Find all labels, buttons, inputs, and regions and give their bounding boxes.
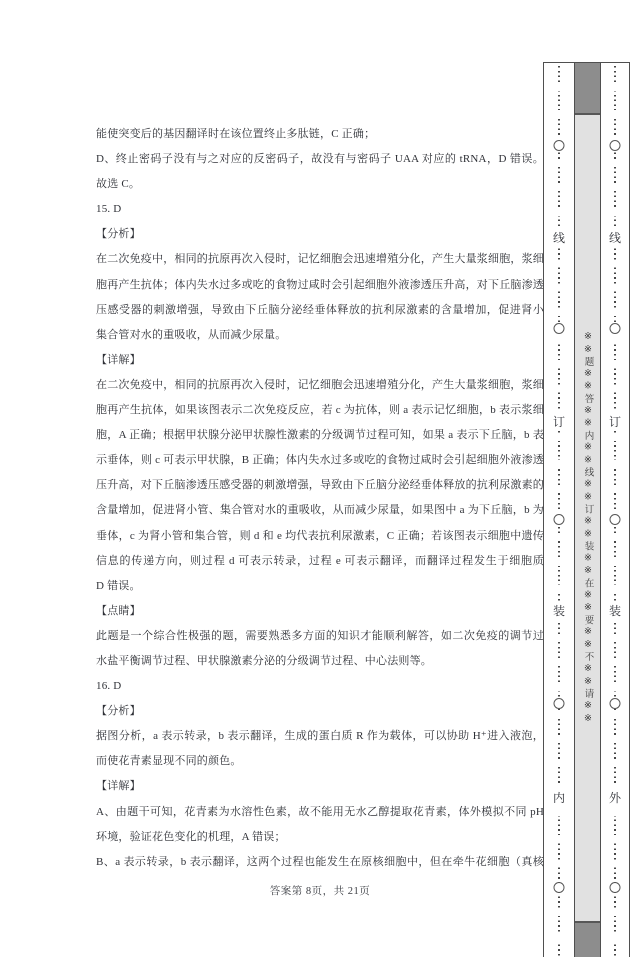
text-line: 【分析】: [96, 699, 544, 724]
text-line: 【详解】: [96, 348, 544, 373]
text-line: 此题是一个综合性极强的题，需要熟悉多方面的知识才能顺利解答，如二次免疫的调节过程…: [96, 624, 544, 649]
text-line: 环境，验证花色变化的机理，A 错误；: [96, 825, 544, 850]
text-line: 在二次免疫中，相同的抗原再次入侵时，记忆细胞会迅速增殖分化，产生大量浆细胞，浆细: [96, 247, 544, 272]
punch-circle-icon: [610, 140, 621, 151]
binding-warning-wrap: ※※题※※答※※内※※线※※订※※装※※在※※要※※不※※请※※: [575, 331, 600, 726]
binding-strip: ※※题※※答※※内※※线※※订※※装※※在※※要※※不※※请※※: [574, 63, 601, 957]
text-line: 垂体，c 为肾小管和集合管，则 d 和 e 均代表抗利尿激素，C 正确；若该图表…: [96, 524, 544, 549]
text-line: 据图分析，a 表示转录，b 表示翻译，生成的蛋白质 R 作为载体，可以协助 H⁺…: [96, 724, 544, 749]
punch-circle-icon: [610, 882, 621, 893]
punch-circle-icon: [554, 514, 565, 525]
page-footer: 答案第 8页，共 21页: [96, 883, 544, 898]
text-line: 示垂体，则 c 可表示甲状腺，B 正确；体内失水过多或吃的食物过咸时会引起细胞外…: [96, 448, 544, 473]
binding-column-outer: 线 订 装 外: [601, 63, 629, 957]
text-line: 16. D: [96, 674, 544, 699]
text-line: 在二次免疫中，相同的抗原再次入侵时，记忆细胞会迅速增殖分化，产生大量浆细胞，浆细: [96, 373, 544, 398]
punch-circle-icon: [554, 323, 565, 334]
binding-char: 装: [609, 602, 621, 620]
binding-warning-text: ※※题※※答※※内※※线※※订※※装※※在※※要※※不※※请※※: [581, 331, 595, 726]
text-line: 集合管对水的重吸收，从而减少尿量。: [96, 323, 544, 348]
text-line: 含量增加，促进肾小管、集合管对水的重吸收，从而减少尿量，如果图中 a 为下丘脑，…: [96, 498, 544, 523]
answer-sheet-page: 能使突变后的基因翻译时在该位置终止多肽链，C 正确；D、终止密码子没有与之对应的…: [0, 0, 640, 957]
text-line: A、由题干可知，花青素为水溶性色素，故不能用无水乙醇提取花青素，体外模拟不同 p…: [96, 800, 544, 825]
text-line: 水盐平衡调节过程、甲状腺激素分泌的分级调节过程、中心法则等。: [96, 649, 544, 674]
punch-circle-icon: [610, 323, 621, 334]
text-line: 压感受器的刺激增强，导致由下丘脑分泌经垂体释放的抗利尿激素的含量增加，促进肾小管…: [96, 298, 544, 323]
binding-char: 线: [553, 229, 565, 247]
answer-content: 能使突变后的基因翻译时在该位置终止多肽链，C 正确；D、终止密码子没有与之对应的…: [96, 122, 544, 875]
text-line: 胞再产生抗体，如果该图表示二次免疫反应，若 c 为抗体，则 a 表示记忆细胞，b…: [96, 398, 544, 423]
text-line: 能使突变后的基因翻译时在该位置终止多肽链，C 正确；: [96, 122, 544, 147]
text-line: 胞再产生抗体；体内失水过多或吃的食物过咸时会引起细胞外液渗透压升高，对下丘脑渗透: [96, 273, 544, 298]
text-line: 信息的传递方向，则过程 d 可表示转录，过程 e 可表示翻译，而翻译过程发生于细…: [96, 549, 544, 574]
binding-char: 订: [553, 413, 565, 431]
text-line: 15. D: [96, 197, 544, 222]
punch-circle-icon: [610, 514, 621, 525]
punch-circle-icon: [610, 698, 621, 709]
text-line: D、终止密码子没有与之对应的反密码子，故没有与密码子 UAA 对应的 tRNA，…: [96, 147, 544, 172]
text-line: D 错误。: [96, 574, 544, 599]
text-line: 压升高，对下丘脑渗透压感受器的刺激增强，导致由下丘脑分泌经垂体释放的抗利尿激素的: [96, 473, 544, 498]
text-line: 【详解】: [96, 774, 544, 799]
binding-char: 订: [609, 413, 621, 431]
binding-char: 装: [553, 602, 565, 620]
binding-area: 线 订 装 内 ※※题※※答※※内※※线※※订※※装※※在※※要※※不※※请※※…: [543, 62, 630, 957]
punch-circle-icon: [554, 698, 565, 709]
text-line: B、a 表示转录，b 表示翻译，这两个过程也能发生在原核细胞中，但在牵牛花细胞（…: [96, 850, 544, 875]
text-line: 胞，A 正确；根据甲状腺分泌甲状腺性激素的分级调节过程可知，如果 a 表示下丘脑…: [96, 423, 544, 448]
binding-char: 外: [609, 789, 621, 807]
text-line: 【分析】: [96, 222, 544, 247]
strip-dark-top: [575, 63, 600, 115]
binding-char: 内: [553, 789, 565, 807]
text-line: 而使花青素显现不同的颜色。: [96, 749, 544, 774]
punch-circle-icon: [554, 140, 565, 151]
text-line: 【点睛】: [96, 599, 544, 624]
text-line: 故选 C。: [96, 172, 544, 197]
binding-char: 线: [609, 229, 621, 247]
punch-circle-icon: [554, 882, 565, 893]
strip-dark-bottom: [575, 921, 600, 957]
binding-column-inner: 线 订 装 内: [544, 63, 574, 957]
